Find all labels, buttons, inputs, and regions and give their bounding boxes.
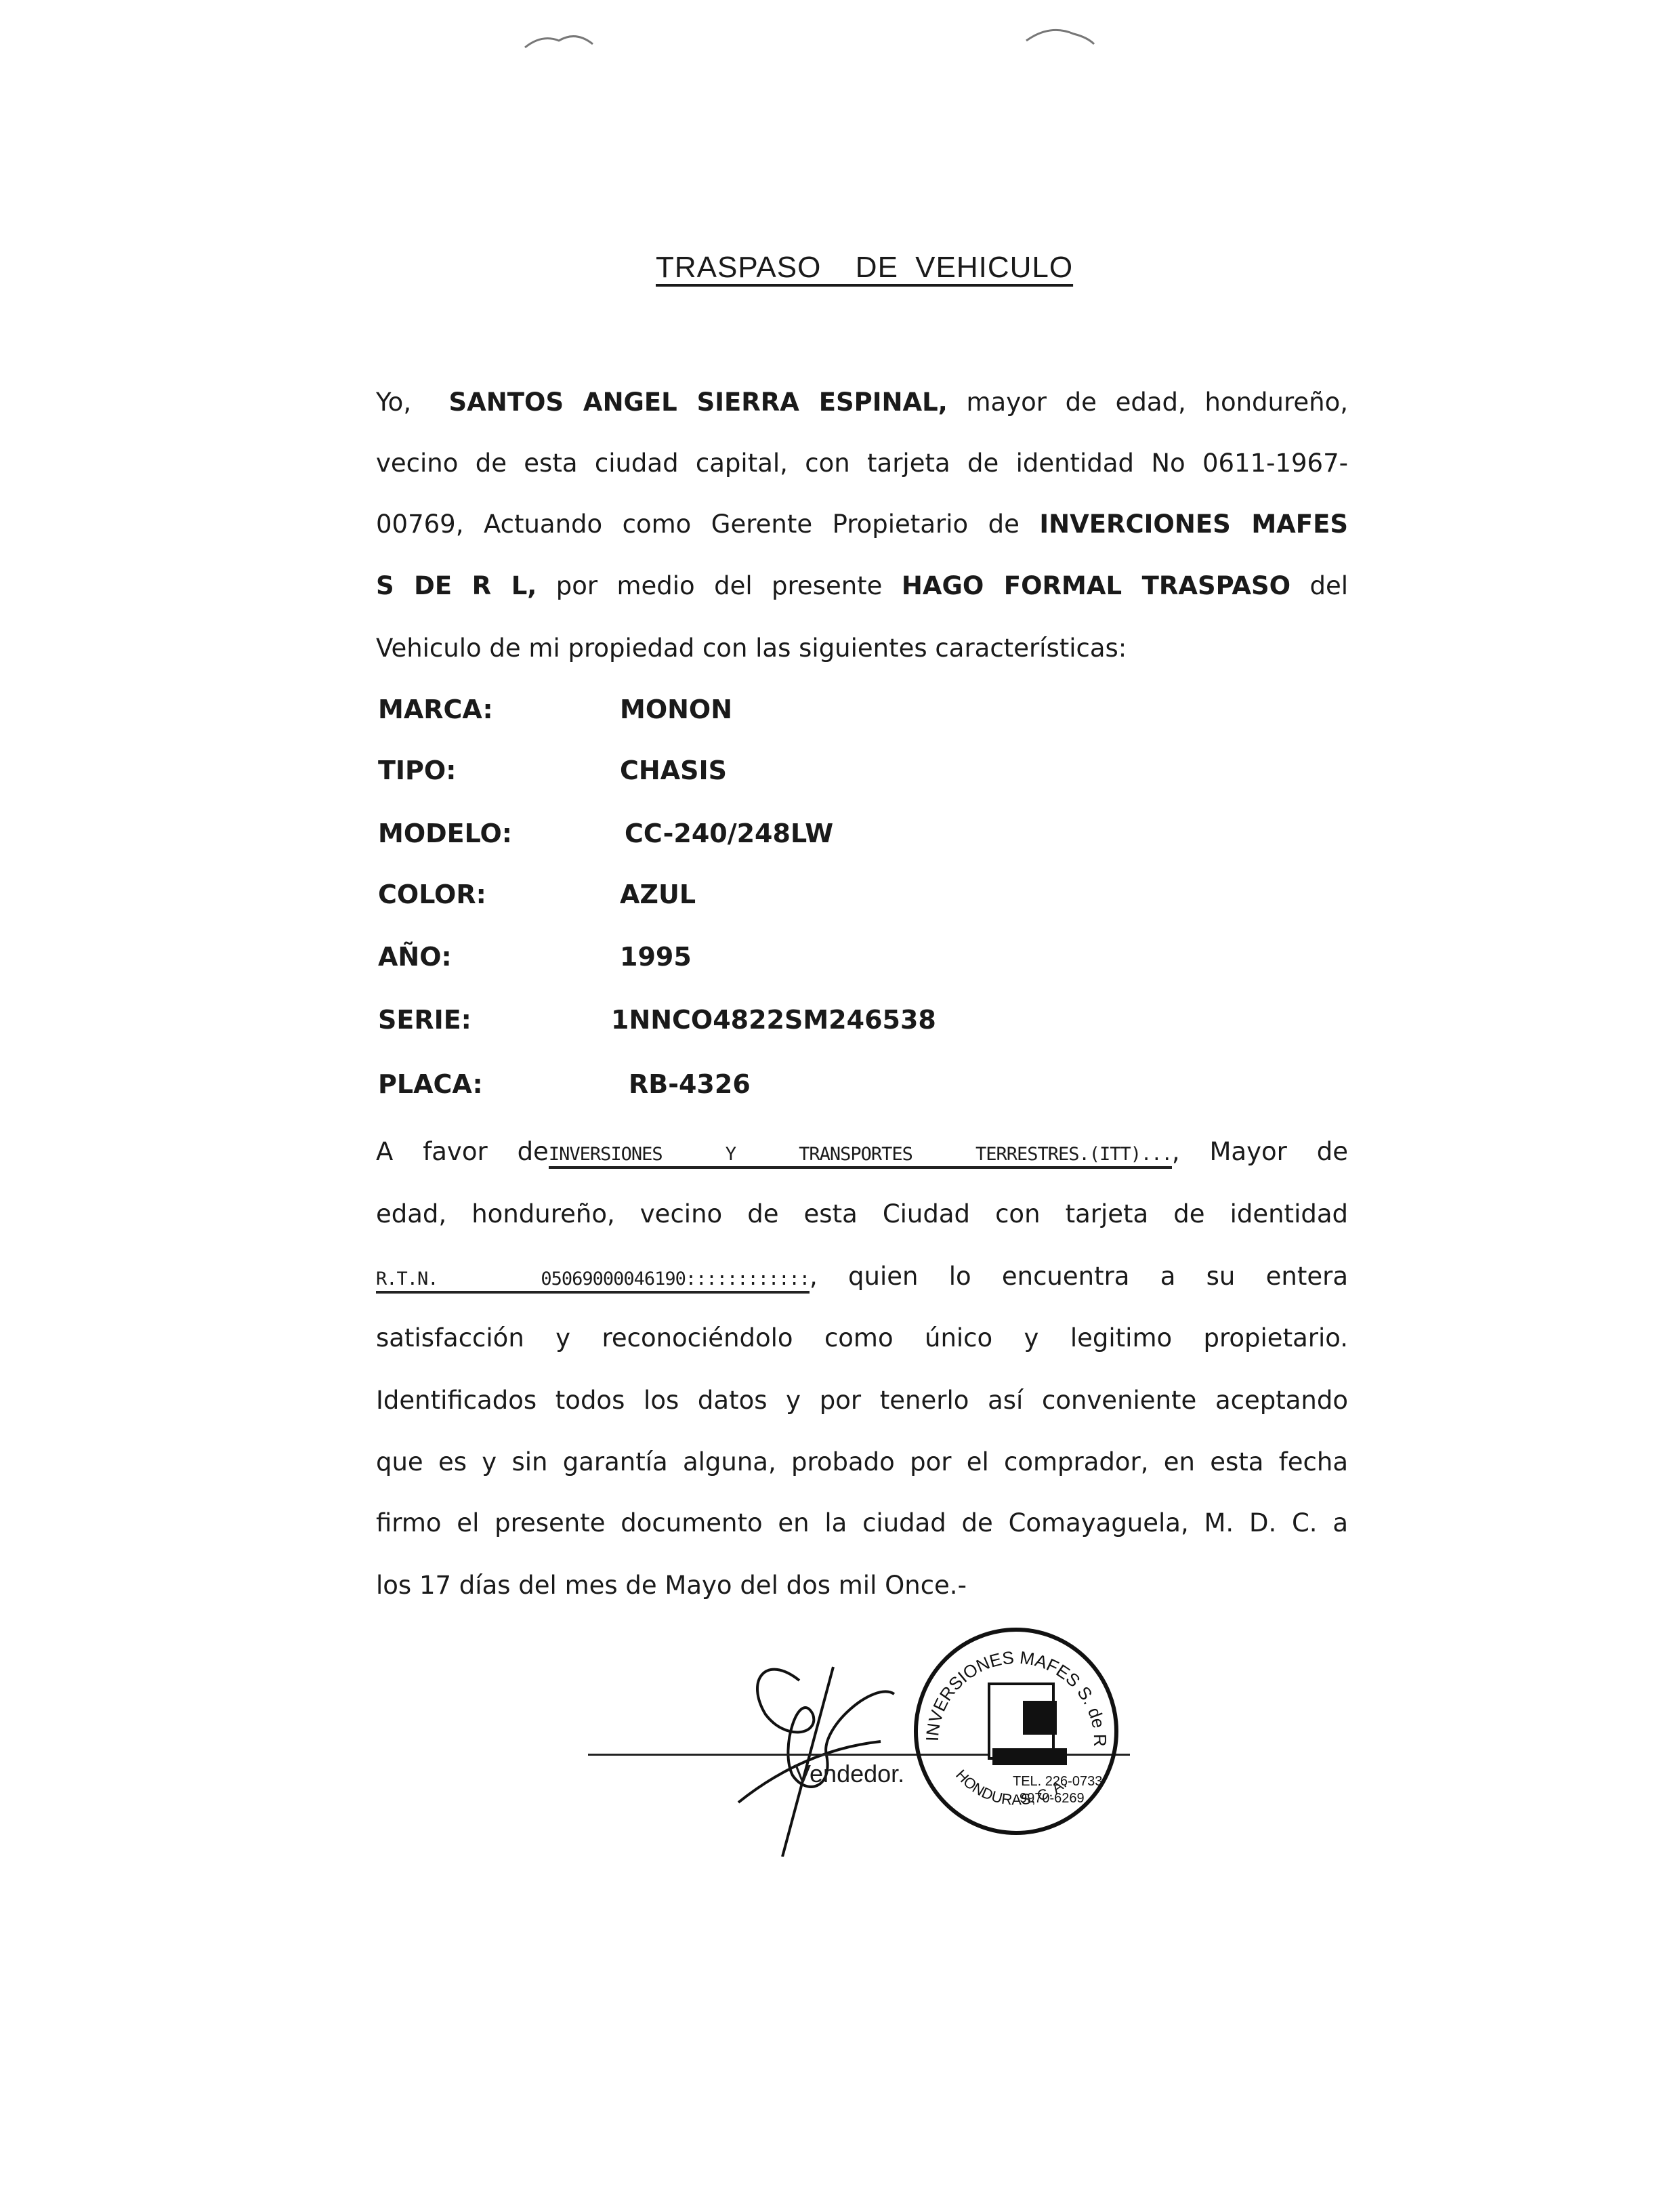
intro-text: por medio del presente: [537, 571, 902, 600]
spec-label: TIPO:: [378, 756, 456, 785]
spec-value: AZUL: [620, 880, 696, 909]
spec-value: CHASIS: [620, 756, 727, 785]
spec-value: 1995: [620, 942, 692, 972]
scan-mark: [1023, 24, 1097, 51]
signature-label: Vendedor.: [795, 1760, 904, 1788]
spec-value: CC-240/248LW: [625, 819, 833, 848]
rtn-field: R.T.N. 05069000046190::::::::::::: [376, 1268, 810, 1294]
spec-label: MODELO:: [378, 819, 512, 848]
spec-label: COLOR:: [378, 880, 486, 909]
closing-line: los 17 días del mes de Mayo del dos mil …: [376, 1571, 1348, 1600]
intro-yo: Yo,: [376, 388, 411, 417]
spec-label: PLACA:: [378, 1069, 483, 1099]
document-title: TRASPASO DE VEHICULO: [656, 251, 1073, 285]
closing-line: firmo el presente documento en la ciudad…: [376, 1508, 1348, 1537]
closing-line: satisfacción y reconociéndolo como único…: [376, 1323, 1348, 1353]
buyer-line-1: A favor deINVERSIONES Y TRANSPORTES TERR…: [376, 1137, 1348, 1169]
closing-line: que es y sin garantía alguna, probado po…: [376, 1447, 1348, 1477]
company-suffix: S DE R L,: [376, 571, 537, 600]
spec-label: AÑO:: [378, 942, 452, 972]
intro-line-1: Yo, SANTOS ANGEL SIERRA ESPINAL, mayor d…: [376, 388, 1348, 417]
spec-label: SERIE:: [378, 1005, 471, 1035]
intro-text: del: [1290, 571, 1348, 600]
company-stamp: INVERSIONES MAFES S. de R. L. TEL. 226-0…: [908, 1623, 1125, 1840]
buyer-line-2: edad, hondureño, vecino de esta Ciudad c…: [376, 1199, 1348, 1229]
scan-mark: [522, 27, 596, 54]
document-page: TRASPASO DE VEHICULO Yo, SANTOS ANGEL SI…: [0, 0, 1680, 2188]
intro-line-4: S DE R L, por medio del presente HAGO FO…: [376, 571, 1348, 600]
intro-text: 00769, Actuando como Gerente Propietario…: [376, 510, 1039, 539]
spec-value: MONON: [620, 695, 732, 724]
seller-name: SANTOS ANGEL SIERRA ESPINAL,: [449, 388, 948, 417]
buyer-text: , quien lo encuentra a su entera: [810, 1262, 1348, 1291]
buyer-prefix: A favor de: [376, 1137, 549, 1166]
spec-label: MARCA:: [378, 695, 493, 724]
buyer-line-3: R.T.N. 05069000046190::::::::::::, quien…: [376, 1262, 1348, 1294]
intro-line-2: vecino de esta ciudad capital, con tarje…: [376, 449, 1348, 478]
closing-line: Identificados todos los datos y por tene…: [376, 1386, 1348, 1415]
transfer-action: HAGO FORMAL TRASPASO: [902, 571, 1290, 600]
company-name: INVERCIONES MAFES: [1039, 510, 1348, 539]
spec-value: RB-4326: [629, 1069, 751, 1099]
buyer-name-field: INVERSIONES Y TRANSPORTES TERRESTRES.(IT…: [549, 1144, 1172, 1169]
intro-text: mayor de edad, hondureño,: [948, 388, 1348, 417]
spec-value: 1NNCO4822SM246538: [611, 1005, 936, 1035]
buyer-suffix: , Mayor de: [1172, 1137, 1348, 1166]
intro-line-5: Vehiculo de mi propiedad con las siguien…: [376, 634, 1348, 663]
intro-line-3: 00769, Actuando como Gerente Propietario…: [376, 510, 1348, 539]
